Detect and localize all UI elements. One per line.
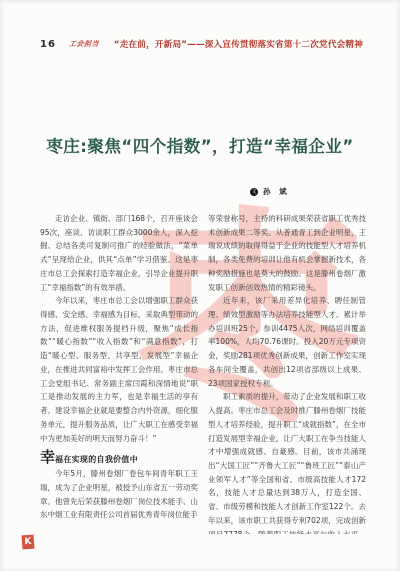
paragraph: 今年5月，滕州卷烟厂卷包车间青年职工王瑞，成为了企业明星，被授予山东省五一劳动奖… bbox=[40, 467, 198, 522]
section-heading: 幸 福在实现的自我价值中 bbox=[40, 450, 198, 465]
paragraph: 等荣誉称号，主持的科研成果荣获省职工优秀技术创新成果二等奖。从普通青工到企业明星… bbox=[208, 212, 366, 294]
author-circle-icon: 文 bbox=[250, 188, 258, 196]
author-name: 孙 斌 bbox=[263, 186, 290, 197]
page-header: 16 工会担当 “走在前，开新局”——深入宣传贯彻落实省第十二次党代会精神 bbox=[40, 38, 363, 50]
magazine-page: 枣 16 工会担当 “走在前，开新局”——深入宣传贯彻落实省第十二次党代会精神 … bbox=[0, 0, 400, 571]
right-column: 等荣誉称号，主持的科研成果荣获省职工优秀技术创新成果二等奖。从普通青工到企业明星… bbox=[208, 212, 366, 534]
page-number: 16 bbox=[40, 39, 56, 50]
section-heading-text: 福在实现的自我价值中 bbox=[55, 454, 138, 465]
left-column: 走访企业、镇街、部门168个，召开座谈会95次，座谈、访谈职工群众3000余人，… bbox=[40, 212, 198, 534]
magazine-section-logo: 工会担当 bbox=[68, 39, 99, 49]
paragraph: 走访企业、镇街、部门168个，召开座谈会95次，座谈、访谈职工群众3000余人，… bbox=[40, 212, 198, 294]
paragraph: 今年以来，枣庄市总工会以增强职工群众获得感、安全感、幸福感为目标，采取典型带动的… bbox=[40, 294, 198, 445]
byline: 文 孙 斌 bbox=[250, 186, 290, 197]
article-body: 走访企业、镇街、部门168个，召开座谈会95次，座谈、访谈职工群众3000余人，… bbox=[40, 212, 366, 534]
paragraph: 近年来，该厂采用差异化培养、聘任制管理、绩效型激励等办法培养技能型人才。累计举办… bbox=[208, 294, 366, 390]
section-heading-dropcap: 幸 bbox=[40, 450, 55, 465]
header-slogan: “走在前，开新局”——深入宣传贯彻落实省第十二次党代会精神 bbox=[114, 38, 363, 50]
paragraph: 职工素质的提升，带动了企业发展和职工收入提高。枣庄市总工会及时推广滕州卷烟厂技能… bbox=[208, 390, 366, 534]
corner-stamp-mark: K bbox=[22, 535, 35, 550]
article-title: 枣庄:聚焦“四个指数”，打造“幸福企业” bbox=[0, 133, 400, 157]
